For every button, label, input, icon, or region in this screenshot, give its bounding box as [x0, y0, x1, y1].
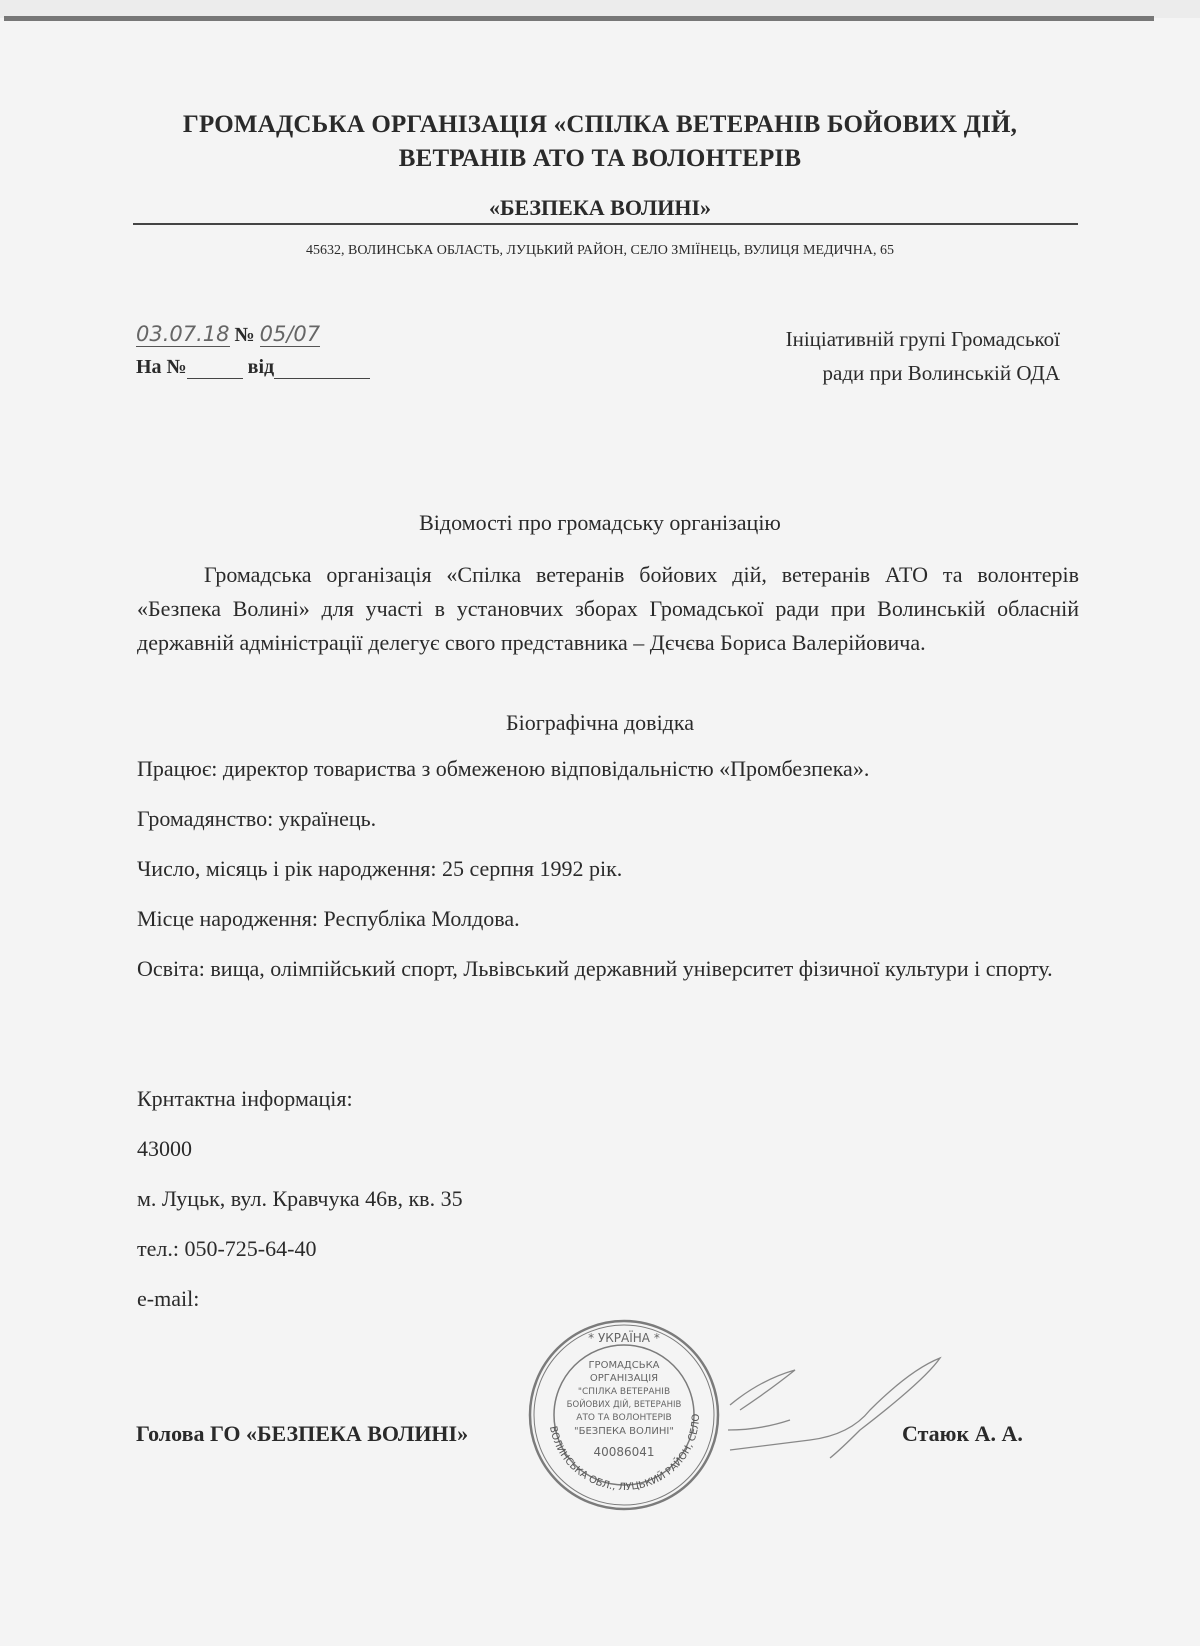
contact-address: м. Луцьк, вул. Кравчука 46в, кв. 35 — [137, 1182, 463, 1216]
bio-education: Освіта: вища, олімпійський спорт, Львівс… — [137, 952, 1079, 986]
organization-stamp-icon: * УКРАЇНА * ГРОМАДСЬКА ОРГАНІЗАЦІЯ "СПІЛ… — [527, 1318, 721, 1512]
svg-text:"БЕЗПЕКА ВОЛИНІ": "БЕЗПЕКА ВОЛИНІ" — [574, 1426, 674, 1437]
body-paragraph: Громадська організація «Спілка ветеранів… — [137, 558, 1079, 660]
reply-date-blank — [274, 360, 370, 379]
letterhead-divider — [133, 223, 1078, 225]
recipient-block: Ініціативній групі Громадської ради при … — [660, 322, 1060, 390]
reply-number-blank — [187, 360, 243, 379]
bio-birthplace: Місце народження: Республіка Молдова. — [137, 902, 1079, 936]
bio-employment: Працює: директор товариства з обмеженою … — [137, 752, 1079, 786]
incoming-reference: На № від — [136, 356, 370, 379]
registration-date: 03.07.18 — [136, 322, 230, 347]
org-line-1: ГРОМАДСЬКА ОРГАНІЗАЦІЯ «СПІЛКА ВЕТЕРАНІВ… — [120, 108, 1080, 142]
svg-text:"СПІЛКА ВЕТЕРАНІВ: "СПІЛКА ВЕТЕРАНІВ — [578, 1387, 670, 1397]
bio-birthdate: Число, місяць і рік народження: 25 серпн… — [137, 852, 1079, 886]
svg-text:ОРГАНІЗАЦІЯ: ОРГАНІЗАЦІЯ — [590, 1373, 658, 1384]
svg-text:АТО ТА ВОЛОНТЕРІВ: АТО ТА ВОЛОНТЕРІВ — [576, 1413, 671, 1423]
recipient-line-1: Ініціативній групі Громадської — [660, 322, 1060, 356]
letterhead-org-title: ГРОМАДСЬКА ОРГАНІЗАЦІЯ «СПІЛКА ВЕТЕРАНІВ… — [120, 108, 1080, 176]
signer-name: Стаюк А. А. — [902, 1421, 1023, 1447]
svg-text:БОЙОВИХ ДІЙ, ВЕТЕРАНІВ: БОЙОВИХ ДІЙ, ВЕТЕРАНІВ — [567, 1398, 682, 1410]
contact-postal-code: 43000 — [137, 1132, 192, 1166]
stamp-top-text: * УКРАЇНА * — [588, 1330, 660, 1345]
outgoing-registration: 03.07.18 № 05/07 — [136, 322, 320, 347]
org-name: «БЕЗПЕКА ВОЛИНІ» — [120, 195, 1080, 221]
registration-number: 05/07 — [260, 322, 321, 347]
contact-label: Крнтактна інформація: — [137, 1082, 353, 1116]
document-title: Відомості про громадську організацію — [120, 510, 1080, 536]
number-label: № — [235, 324, 255, 346]
bio-title: Біографічна довідка — [120, 710, 1080, 736]
contact-email: e-mail: — [137, 1282, 199, 1316]
body-paragraph-text: Громадська організація «Спілка ветеранів… — [137, 562, 1079, 655]
bio-citizenship: Громадянство: українець. — [137, 802, 1079, 836]
recipient-line-2: ради при Волинській ОДА — [660, 356, 1060, 390]
contact-phone: тел.: 050-725-64-40 — [137, 1232, 316, 1266]
reply-label: На № — [136, 356, 187, 378]
signer-position: Голова ГО «БЕЗПЕКА ВОЛИНІ» — [136, 1421, 468, 1447]
scan-top-edge — [4, 16, 1154, 21]
org-line-2: ВЕТРАНІВ АТО ТА ВОЛОНТЕРІВ — [120, 142, 1080, 176]
org-address: 45632, ВОЛИНСЬКА ОБЛАСТЬ, ЛУЦЬКИЙ РАЙОН,… — [120, 243, 1080, 259]
from-label: від — [248, 356, 274, 378]
stamp-code: 40086041 — [593, 1445, 654, 1459]
svg-text:ГРОМАДСЬКА: ГРОМАДСЬКА — [588, 1360, 659, 1371]
